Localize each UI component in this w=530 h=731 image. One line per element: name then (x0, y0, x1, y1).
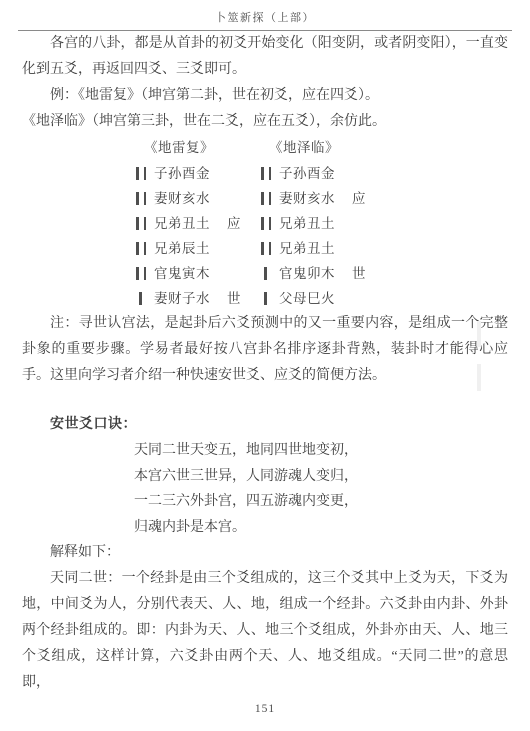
running-header: 卜筮新探（上部） (18, 0, 512, 31)
hexagram-table: 《地雷复》子孙酉金妻财亥水兄弟丑土应兄弟辰土官鬼寅木妻财子水世《地泽临》子孙酉金… (134, 135, 508, 311)
line-label: 兄弟辰土 (154, 236, 227, 261)
yin-line-icon (134, 217, 154, 230)
line-label: 妻财亥水 (279, 186, 352, 211)
verse-line: 本宫六世三世异，人同游魂人变归， (134, 464, 508, 490)
explanation-paragraph: 天同二世：一个经卦是由三个爻组成的，这三个爻其中上爻为天，下爻为地，中间爻为人，… (22, 566, 508, 696)
line-label: 官鬼寅木 (154, 261, 227, 286)
scan-artifact (477, 321, 481, 347)
hexagram-row: 官鬼卯木世 (259, 261, 384, 286)
hexagram-title: 《地雷复》 (134, 135, 259, 161)
yin-line-icon (134, 167, 154, 180)
line-label: 兄弟丑土 (279, 211, 352, 236)
yin-line-icon (259, 217, 279, 230)
hexagram-row: 子孙酉金 (134, 161, 259, 186)
hexagram-row: 父母巳火 (259, 286, 384, 311)
line-label: 妻财子水 (154, 286, 227, 311)
yin-line-icon (134, 192, 154, 205)
book-page: 卜筮新探（上部） 各宫的八卦，都是从首卦的初爻开始变化（阳变阴，或者阴变阳），一… (0, 0, 530, 731)
verse-line: 天同二世天变五，地同四世地变初， (134, 438, 508, 464)
scan-artifact (477, 364, 481, 391)
verse-line: 一二三六外卦宫，四五游魂内变更， (134, 489, 508, 515)
yang-line-icon (134, 292, 154, 305)
hexagram-row: 官鬼寅木 (134, 261, 259, 286)
yin-line-icon (259, 242, 279, 255)
mnemonic-verse: 天同二世天变五，地同四世地变初，本宫六世三世异，人同游魂人变归，一二三六外卦宫，… (22, 438, 508, 540)
hexagram-row: 兄弟丑土 (259, 236, 384, 261)
hexagram-column: 《地雷复》子孙酉金妻财亥水兄弟丑土应兄弟辰土官鬼寅木妻财子水世 (134, 135, 259, 311)
intro-paragraph: 各宫的八卦，都是从首卦的初爻开始变化（阳变阴，或者阴变阳），一直变化到五爻，再返… (22, 31, 508, 83)
hexagram-title: 《地泽临》 (259, 135, 384, 161)
hexagram-row: 子孙酉金 (259, 161, 384, 186)
yin-line-icon (259, 192, 279, 205)
yang-line-icon (259, 292, 279, 305)
note-paragraph: 注：寻世认宫法，是起卦后六爻预测中的又一重要内容，是组成一个完整卦象的重要步骤。… (22, 311, 508, 389)
page-body: 各宫的八卦，都是从首卦的初爻开始变化（阳变阴，或者阴变阳），一直变化到五爻，再返… (22, 31, 508, 696)
hexagram-row: 兄弟丑土应 (134, 211, 259, 236)
hexagram-column: 《地泽临》子孙酉金妻财亥水应兄弟丑土兄弟丑土官鬼卯木世父母巳火 (259, 135, 384, 311)
example-line-2: 《地泽临》（坤宫第三卦，世在二爻，应在五爻），余仿此。 (22, 109, 508, 135)
shi-ying-marker: 应 (227, 211, 256, 236)
shi-ying-marker: 世 (352, 261, 381, 286)
shi-ying-marker: 世 (227, 286, 256, 311)
yin-line-icon (259, 167, 279, 180)
page-number: 151 (0, 703, 530, 715)
book-title: 卜筮新探（上部） (215, 12, 315, 24)
line-label: 官鬼卯木 (279, 261, 352, 286)
yin-line-icon (134, 242, 154, 255)
line-label: 兄弟丑土 (279, 236, 352, 261)
line-label: 兄弟丑土 (154, 211, 227, 236)
line-label: 妻财亥水 (154, 186, 227, 211)
verse-line: 归魂内卦是本宫。 (134, 515, 508, 541)
line-label: 父母巳火 (279, 286, 352, 311)
example-line-1: 例：《地雷复》（坤宫第二卦，世在初爻，应在四爻）。 (22, 83, 508, 109)
hexagram-row: 妻财亥水应 (259, 186, 384, 211)
line-label: 子孙酉金 (279, 161, 352, 186)
mnemonic-heading: 安世爻口诀： (22, 412, 508, 438)
yin-line-icon (134, 267, 154, 280)
hexagram-row: 兄弟辰土 (134, 236, 259, 261)
shi-ying-marker: 应 (352, 186, 381, 211)
line-label: 子孙酉金 (154, 161, 227, 186)
hexagram-row: 妻财子水世 (134, 286, 259, 311)
explain-intro-line: 解释如下： (22, 540, 508, 566)
hexagram-row: 兄弟丑土 (259, 211, 384, 236)
hexagram-row: 妻财亥水 (134, 186, 259, 211)
yang-line-icon (259, 267, 279, 280)
